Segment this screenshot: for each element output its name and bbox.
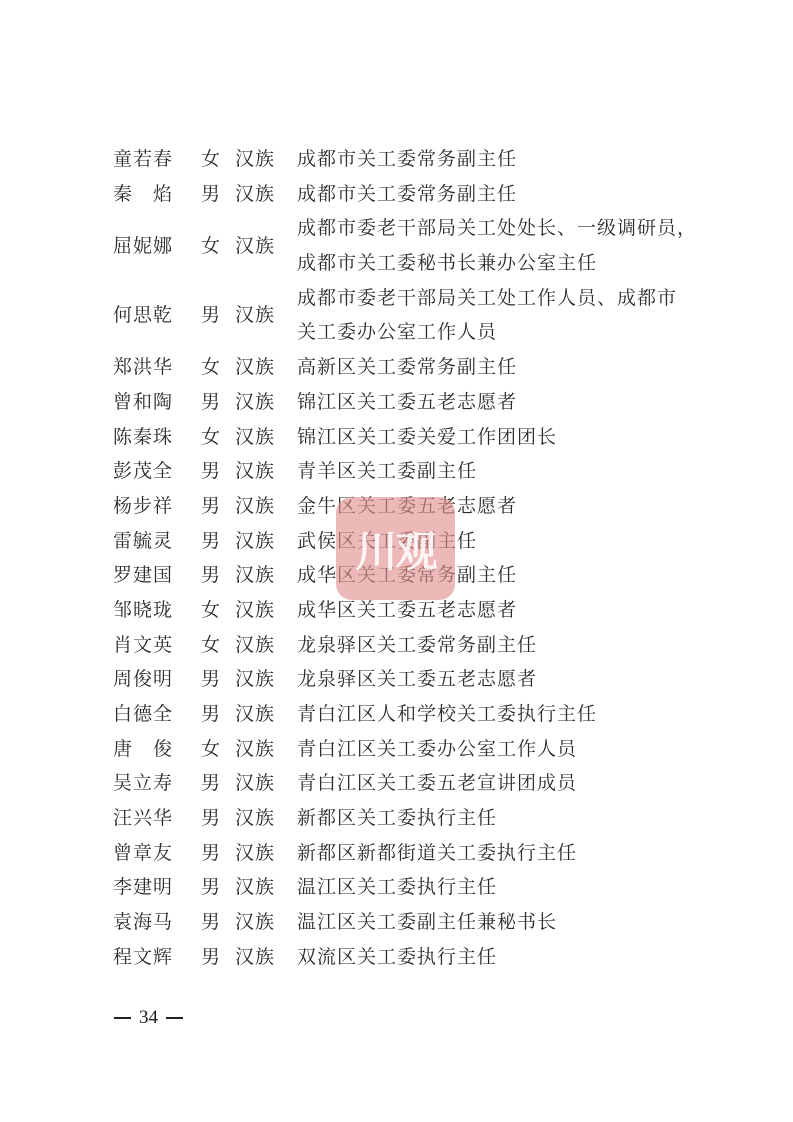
roster-row: 屈妮娜 女 汉族 成都市委老干部局关工处处长、一级调研员， 成都市关工委秘书长兼… <box>113 211 713 280</box>
person-ethnicity: 汉族 <box>235 385 297 420</box>
person-gender: 男 <box>201 801 235 836</box>
title-line: 青白江区关工委办公室工作人员 <box>297 732 713 767</box>
person-ethnicity: 汉族 <box>235 801 297 836</box>
person-gender: 男 <box>201 870 235 905</box>
title-line: 锦江区关工委五老志愿者 <box>297 385 713 420</box>
person-ethnicity: 汉族 <box>235 836 297 871</box>
roster-row: 袁海马 男 汉族 温江区关工委副主任兼秘书长 <box>113 905 713 940</box>
watermark-text: 川观 <box>355 519 435 579</box>
person-name: 白德全 <box>113 697 201 732</box>
person-name: 周俊明 <box>113 662 201 697</box>
person-name: 唐俊 <box>113 732 201 767</box>
roster-row: 童若春 女 汉族 成都市关工委常务副主任 <box>113 142 713 177</box>
person-gender: 男 <box>201 385 235 420</box>
person-name: 汪兴华 <box>113 801 201 836</box>
title-line: 关工委办公室工作人员 <box>297 315 713 350</box>
person-name: 袁海马 <box>113 905 201 940</box>
person-title: 锦江区关工委关爱工作团团长 <box>297 420 713 455</box>
person-gender: 男 <box>201 697 235 732</box>
roster-row: 程文辉 男 汉族 双流区关工委执行主任 <box>113 940 713 975</box>
roster-row: 白德全 男 汉族 青白江区人和学校关工委执行主任 <box>113 697 713 732</box>
person-title: 高新区关工委常务副主任 <box>297 350 713 385</box>
title-line: 成都市关工委常务副主任 <box>297 177 713 212</box>
person-ethnicity: 汉族 <box>235 420 297 455</box>
person-ethnicity: 汉族 <box>235 766 297 801</box>
person-title: 成都市委老干部局关工处工作人员、成都市 关工委办公室工作人员 <box>297 281 713 350</box>
person-title: 青白江区人和学校关工委执行主任 <box>297 697 713 732</box>
person-gender: 男 <box>201 524 235 559</box>
person-ethnicity: 汉族 <box>235 229 297 264</box>
person-name: 彭茂全 <box>113 454 201 489</box>
person-name: 秦焰 <box>113 177 201 212</box>
roster-row: 唐俊 女 汉族 青白江区关工委办公室工作人员 <box>113 732 713 767</box>
title-line: 成都市关工委常务副主任 <box>297 142 713 177</box>
person-name: 曾章友 <box>113 836 201 871</box>
person-ethnicity: 汉族 <box>235 142 297 177</box>
person-ethnicity: 汉族 <box>235 298 297 333</box>
person-title: 温江区关工委执行主任 <box>297 870 713 905</box>
person-name: 李建明 <box>113 870 201 905</box>
title-line: 成都市关工委秘书长兼办公室主任 <box>297 246 713 281</box>
roster-row: 肖文英 女 汉族 龙泉驿区关工委常务副主任 <box>113 628 713 663</box>
person-name: 罗建国 <box>113 558 201 593</box>
person-name: 郑洪华 <box>113 350 201 385</box>
person-title: 青白江区关工委五老宣讲团成员 <box>297 766 713 801</box>
person-gender: 男 <box>201 905 235 940</box>
person-title: 双流区关工委执行主任 <box>297 940 713 975</box>
title-line: 成都市委老干部局关工处工作人员、成都市 <box>297 281 713 316</box>
person-ethnicity: 汉族 <box>235 940 297 975</box>
roster-row: 陈秦珠 女 汉族 锦江区关工委关爱工作团团长 <box>113 420 713 455</box>
title-line: 成都市委老干部局关工处处长、一级调研员， <box>297 211 713 246</box>
person-title: 青羊区关工委副主任 <box>297 454 713 489</box>
roster-row: 周俊明 男 汉族 龙泉驿区关工委五老志愿者 <box>113 662 713 697</box>
person-ethnicity: 汉族 <box>235 732 297 767</box>
person-name: 曾和陶 <box>113 385 201 420</box>
person-gender: 女 <box>201 350 235 385</box>
person-name: 童若春 <box>113 142 201 177</box>
roster-row: 彭茂全 男 汉族 青羊区关工委副主任 <box>113 454 713 489</box>
roster-row: 郑洪华 女 汉族 高新区关工委常务副主任 <box>113 350 713 385</box>
person-title: 锦江区关工委五老志愿者 <box>297 385 713 420</box>
title-line: 新都区关工委执行主任 <box>297 801 713 836</box>
roster-row: 曾章友 男 汉族 新都区新都街道关工委执行主任 <box>113 836 713 871</box>
document-page: 童若春 女 汉族 成都市关工委常务副主任 秦焰 男 汉族 成都市关工委常务副主任… <box>0 0 793 1122</box>
title-line: 温江区关工委副主任兼秘书长 <box>297 905 713 940</box>
person-name: 何思乾 <box>113 298 201 333</box>
person-name: 屈妮娜 <box>113 229 201 264</box>
person-title: 成都市委老干部局关工处处长、一级调研员， 成都市关工委秘书长兼办公室主任 <box>297 211 713 280</box>
person-ethnicity: 汉族 <box>235 905 297 940</box>
person-gender: 女 <box>201 732 235 767</box>
title-line: 青羊区关工委副主任 <box>297 454 713 489</box>
person-name: 邹晓珑 <box>113 593 201 628</box>
roster-row: 何思乾 男 汉族 成都市委老干部局关工处工作人员、成都市 关工委办公室工作人员 <box>113 281 713 350</box>
person-gender: 男 <box>201 836 235 871</box>
title-line: 双流区关工委执行主任 <box>297 940 713 975</box>
person-ethnicity: 汉族 <box>235 524 297 559</box>
person-gender: 男 <box>201 298 235 333</box>
person-ethnicity: 汉族 <box>235 454 297 489</box>
person-title: 成都市关工委常务副主任 <box>297 142 713 177</box>
person-title: 新都区新都街道关工委执行主任 <box>297 836 713 871</box>
title-line: 青白江区关工委五老宣讲团成员 <box>297 766 713 801</box>
person-name: 肖文英 <box>113 628 201 663</box>
person-gender: 男 <box>201 766 235 801</box>
person-gender: 女 <box>201 593 235 628</box>
person-ethnicity: 汉族 <box>235 350 297 385</box>
title-line: 锦江区关工委关爱工作团团长 <box>297 420 713 455</box>
person-ethnicity: 汉族 <box>235 628 297 663</box>
person-ethnicity: 汉族 <box>235 177 297 212</box>
title-line: 龙泉驿区关工委五老志愿者 <box>297 662 713 697</box>
person-gender: 男 <box>201 662 235 697</box>
person-gender: 男 <box>201 558 235 593</box>
person-title: 龙泉驿区关工委五老志愿者 <box>297 662 713 697</box>
roster-row: 吴立寿 男 汉族 青白江区关工委五老宣讲团成员 <box>113 766 713 801</box>
roster-row: 汪兴华 男 汉族 新都区关工委执行主任 <box>113 801 713 836</box>
page-number: 34 <box>139 1007 158 1029</box>
person-gender: 女 <box>201 229 235 264</box>
person-name: 杨步祥 <box>113 489 201 524</box>
person-gender: 女 <box>201 628 235 663</box>
person-gender: 女 <box>201 142 235 177</box>
person-title: 青白江区关工委办公室工作人员 <box>297 732 713 767</box>
person-gender: 男 <box>201 177 235 212</box>
person-gender: 男 <box>201 454 235 489</box>
roster-row: 李建明 男 汉族 温江区关工委执行主任 <box>113 870 713 905</box>
roster-row: 曾和陶 男 汉族 锦江区关工委五老志愿者 <box>113 385 713 420</box>
person-ethnicity: 汉族 <box>235 593 297 628</box>
person-ethnicity: 汉族 <box>235 489 297 524</box>
page-footer: 34 <box>114 1007 183 1029</box>
dash-left-icon <box>114 1017 131 1019</box>
person-gender: 男 <box>201 940 235 975</box>
person-name: 陈秦珠 <box>113 420 201 455</box>
title-line: 龙泉驿区关工委常务副主任 <box>297 628 713 663</box>
person-title: 温江区关工委副主任兼秘书长 <box>297 905 713 940</box>
person-name: 吴立寿 <box>113 766 201 801</box>
title-line: 新都区新都街道关工委执行主任 <box>297 836 713 871</box>
watermark-logo: 川观 <box>336 497 455 600</box>
person-ethnicity: 汉族 <box>235 697 297 732</box>
person-gender: 男 <box>201 489 235 524</box>
roster-row: 秦焰 男 汉族 成都市关工委常务副主任 <box>113 177 713 212</box>
person-ethnicity: 汉族 <box>235 870 297 905</box>
person-title: 新都区关工委执行主任 <box>297 801 713 836</box>
title-line: 高新区关工委常务副主任 <box>297 350 713 385</box>
person-ethnicity: 汉族 <box>235 662 297 697</box>
person-title: 龙泉驿区关工委常务副主任 <box>297 628 713 663</box>
title-line: 青白江区人和学校关工委执行主任 <box>297 697 713 732</box>
person-title: 成都市关工委常务副主任 <box>297 177 713 212</box>
person-name: 雷毓灵 <box>113 524 201 559</box>
person-gender: 女 <box>201 420 235 455</box>
person-name: 程文辉 <box>113 940 201 975</box>
title-line: 温江区关工委执行主任 <box>297 870 713 905</box>
dash-right-icon <box>166 1017 183 1019</box>
person-ethnicity: 汉族 <box>235 558 297 593</box>
